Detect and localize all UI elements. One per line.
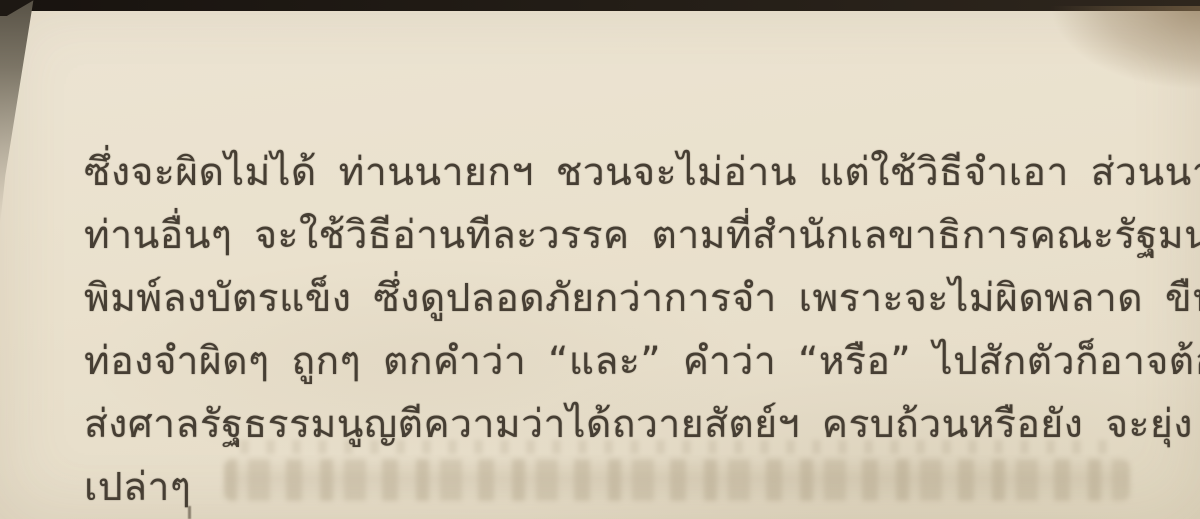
cutoff-next-line-mark: [188, 506, 191, 519]
reverse-side-showthrough: [224, 459, 1130, 501]
page-top-right-corner-shadow: [1015, 6, 1200, 146]
book-page-photo: ซึ่งจะผิดไม่ได้ ท่านนายกฯ ชวนจะไม่อ่าน แ…: [0, 0, 1200, 519]
text-line-2: ท่านอื่นๆ จะใช้วิธีอ่านทีละวรรค ตามที่สำ…: [84, 204, 1130, 267]
reverse-side-showthrough-faint: [240, 440, 1120, 454]
text-line-1: ซึ่งจะผิดไม่ได้ ท่านนายกฯ ชวนจะไม่อ่าน แ…: [84, 141, 1130, 204]
text-line-3: พิมพ์ลงบัตรแข็ง ซึ่งดูปลอดภัยกว่าการจำ เ…: [84, 267, 1130, 330]
text-line-4: ท่องจำผิดๆ ถูกๆ ตกคำว่า “และ” คำว่า “หรื…: [84, 330, 1130, 393]
page-left-edge-shadow: [0, 0, 38, 225]
